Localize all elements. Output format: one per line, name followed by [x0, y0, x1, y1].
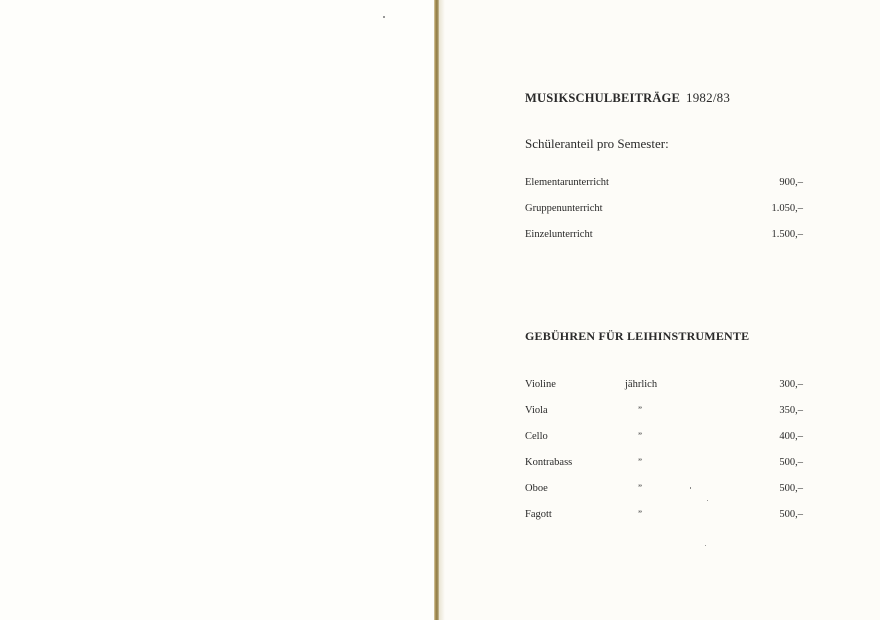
tuition-label: Einzelunterricht [525, 229, 593, 240]
rental-price: 500,– [779, 483, 803, 494]
rental-instrument: Cello [525, 431, 548, 442]
tuition-row: Gruppenunterricht 1.050,– [525, 203, 803, 219]
rental-row: Viola ” 350,– [525, 405, 803, 421]
tuition-row: Elementarunterricht 900,– [525, 177, 803, 193]
rental-instrument: Kontrabass [525, 457, 572, 468]
paper-speck [690, 487, 691, 489]
rental-period: jährlich [625, 379, 657, 390]
rental-instrument: Violine [525, 379, 556, 390]
rental-price: 500,– [779, 457, 803, 468]
tuition-label: Elementarunterricht [525, 177, 609, 188]
title-year: 1982/83 [686, 90, 730, 105]
tuition-price: 1.500,– [772, 229, 804, 240]
document-title: MUSIKSCHULBEITRÄGE1982/83 [525, 90, 730, 106]
rental-row: Oboe ” 500,– [525, 483, 803, 499]
rental-period-ditto: ” [638, 509, 642, 519]
rental-period-ditto: ” [638, 405, 642, 415]
paper-speck [383, 16, 385, 18]
rental-heading: GEBÜHREN FÜR LEIHINSTRUMENTE [525, 329, 749, 344]
rental-period-ditto: ” [638, 483, 642, 493]
tuition-row: Einzelunterricht 1.500,– [525, 229, 803, 245]
rental-row: Violine jährlich 300,– [525, 379, 803, 395]
rental-instrument: Viola [525, 405, 548, 416]
rental-price: 500,– [779, 509, 803, 520]
paper-speck [707, 500, 708, 501]
rental-price: 350,– [779, 405, 803, 416]
tuition-subtitle: Schüleranteil pro Semester: [525, 136, 669, 152]
tuition-price: 900,– [779, 177, 803, 188]
rental-instrument: Fagott [525, 509, 552, 520]
left-page-blank [0, 0, 434, 620]
rental-period-ditto: ” [638, 457, 642, 467]
rental-instrument: Oboe [525, 483, 548, 494]
rental-row: Cello ” 400,– [525, 431, 803, 447]
tuition-label: Gruppenunterricht [525, 203, 603, 214]
title-text: MUSIKSCHULBEITRÄGE [525, 91, 680, 105]
rental-row: Fagott ” 500,– [525, 509, 803, 525]
rental-price: 300,– [779, 379, 803, 390]
rental-price: 400,– [779, 431, 803, 442]
rental-row: Kontrabass ” 500,– [525, 457, 803, 473]
tuition-price: 1.050,– [772, 203, 804, 214]
paper-speck [705, 545, 706, 546]
rental-period-ditto: ” [638, 431, 642, 441]
